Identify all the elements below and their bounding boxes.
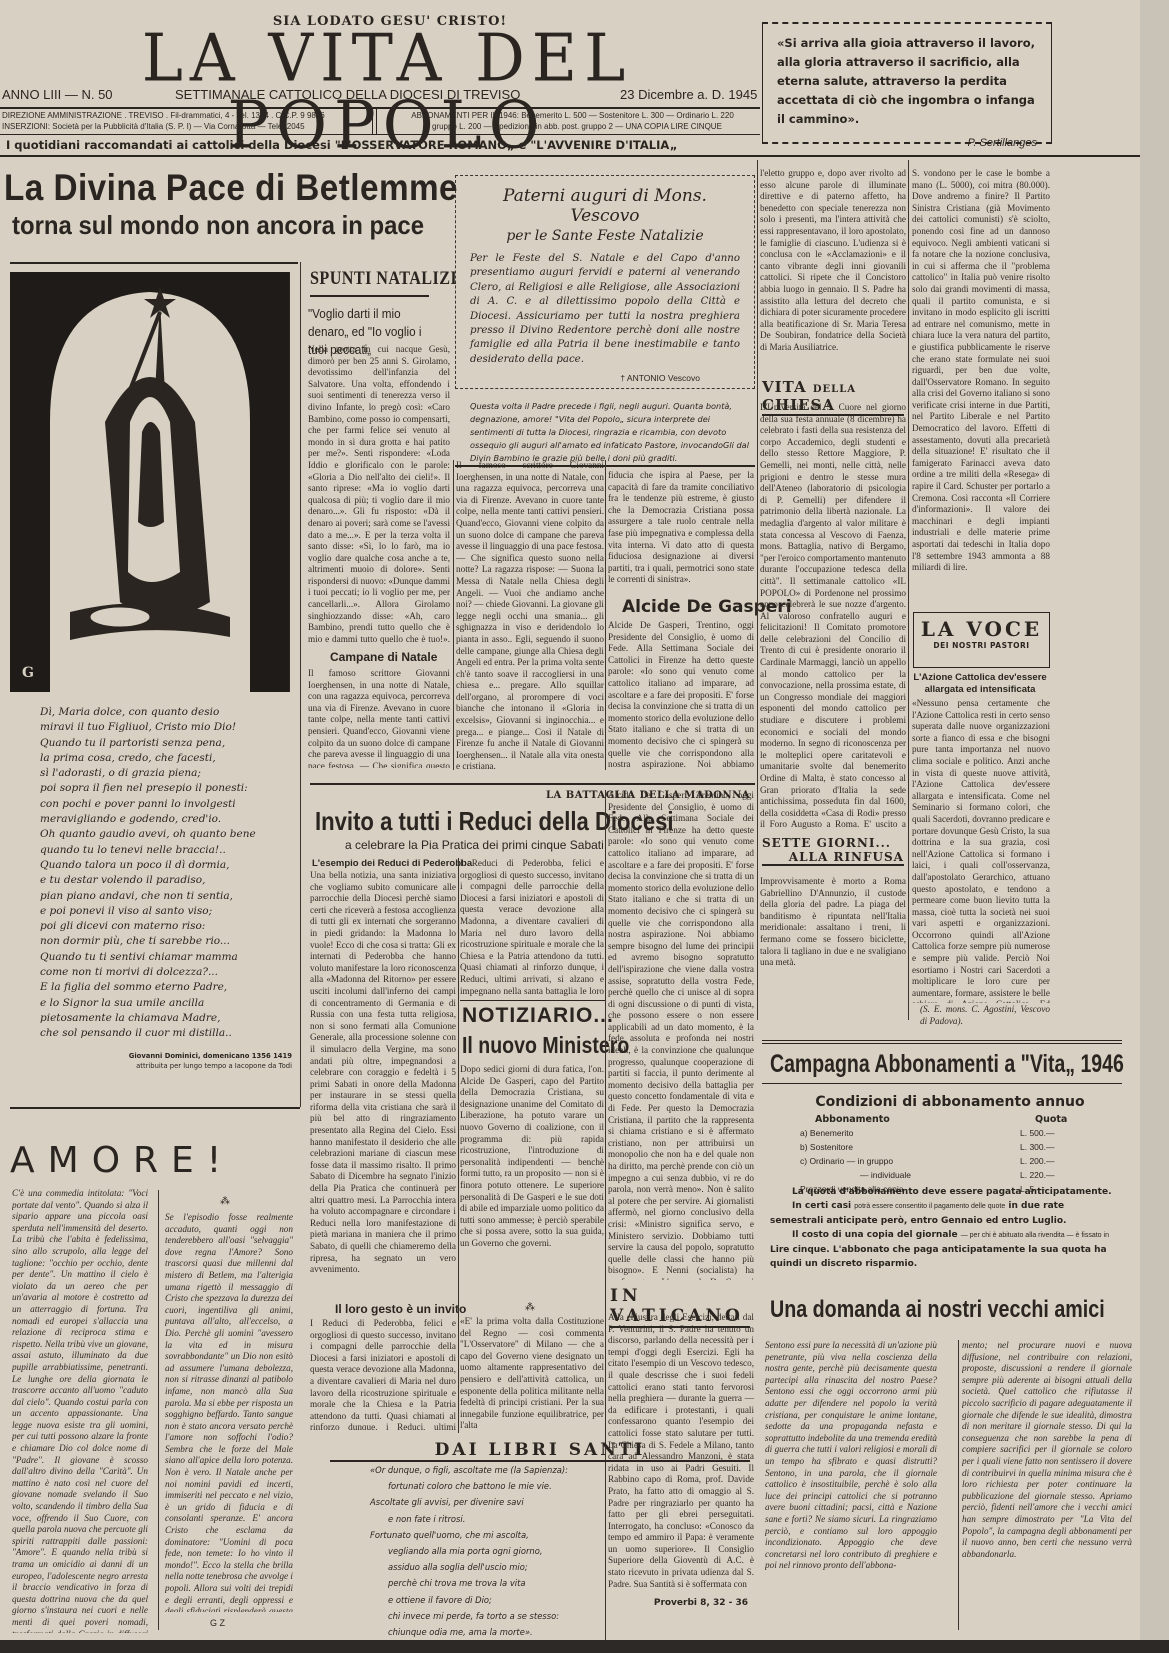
domanda-column-2: mento; nel procurare nuovi e nuova diffu… bbox=[962, 1340, 1132, 1635]
artist-monogram: G bbox=[22, 665, 34, 681]
verse-line: chiunque odia me, ama la morte». bbox=[370, 1624, 640, 1640]
campane-title: Campane di Natale bbox=[330, 650, 437, 664]
poem-line: E la figlia del sommo eterno Padre, bbox=[40, 980, 290, 995]
bishop-greetings-title: Paterni auguri di Mons. Vescovo bbox=[470, 186, 740, 226]
poem-attribution: attribuita per lungo tempo a Iacopone da… bbox=[112, 1061, 292, 1071]
nativity-illustration: G bbox=[10, 272, 290, 692]
note-copy-price-light: — per chi è abituato alla rivendita — è … bbox=[961, 1232, 1109, 1239]
poem-line: Dì, Maria dolce, con quanto desio bbox=[40, 705, 290, 720]
poem-line: come non ti morivi di dolcezza?... bbox=[40, 965, 290, 980]
column-header: Quota bbox=[1020, 1114, 1100, 1125]
poem-line: e poi ponevi il viso al santo viso; bbox=[40, 904, 290, 919]
quote-author: P. Sertillanges bbox=[777, 137, 1037, 149]
newspaper-page: SIA LODATO GESU' CRISTO! LA VITA DEL POP… bbox=[0, 0, 1140, 1653]
poem-line: miravi il tuo Figliuol, Cristo mio Dio! bbox=[40, 720, 290, 735]
bishop-greetings-box: Paterni auguri di Mons. Vescovo per le S… bbox=[455, 175, 755, 389]
campane-continued: Il famoso scrittore Giovanni Ioerghensen… bbox=[456, 460, 604, 770]
gesto-title: Il loro gesto è un invito bbox=[335, 1302, 466, 1316]
gesto-body: I Reduci di Pederobba, felici e orgoglio… bbox=[310, 1318, 456, 1430]
sette-giorni-title: SETTE GIORNI... ALLA RINFUSA bbox=[762, 836, 904, 866]
amore-column-1: C'è una commedia intitolata: "Voci porta… bbox=[12, 1188, 148, 1633]
table-row: b) Sostenitore L. 300.— bbox=[800, 1140, 1100, 1154]
poem-line: con pochi e pover panni lo involgesti bbox=[40, 797, 290, 812]
vita-chiesa-body: L'Università del S. Cuore nel giorno del… bbox=[760, 402, 906, 832]
table-row: c) Ordinario — in gruppo L. 200.— bbox=[800, 1154, 1100, 1168]
verse-line: «Or dunque, o figli, ascoltate me (la Sa… bbox=[370, 1462, 640, 1478]
page-edge bbox=[1140, 0, 1169, 1653]
bishop-signature: † ANTONIO Vescovo bbox=[470, 373, 740, 383]
page-bottom-edge bbox=[0, 1640, 1169, 1653]
dc-article-text: fiducia che ispira al Paese, per la capa… bbox=[608, 470, 754, 590]
note-copy-price-end: Lire cinque. L'abbonato che paga anticip… bbox=[770, 1245, 1107, 1269]
row-value: L. 200.— bbox=[1020, 1156, 1100, 1166]
subscription-info: ABBONAMENTI PER IL 1946: Benemerito L. 5… bbox=[385, 110, 760, 132]
verse-line: Ascoltate gli avvisi, per divenire savi bbox=[370, 1494, 640, 1510]
poem-line: poi gli dicevi con materno riso: bbox=[40, 919, 290, 934]
amore-headline: AMORE! bbox=[10, 1140, 295, 1181]
poem-line: sì l'adorasti, o di grazia piena; bbox=[40, 766, 290, 781]
amore-signature: G Z bbox=[210, 1618, 225, 1628]
vaticano-body: Alla chiusura degli Esercizi, dettati da… bbox=[608, 1312, 754, 1630]
row-label: — individuale bbox=[800, 1170, 1020, 1180]
madonna-child-icon: G bbox=[10, 272, 290, 692]
verse-line: perchè chi trova me trova la vita bbox=[370, 1575, 640, 1591]
voce-credit: (S. E. mons. C. Agostini, Vescovo di Pad… bbox=[920, 1004, 1050, 1027]
ministero-body-2: «E' la prima volta dalla Costituzione de… bbox=[460, 1316, 604, 1430]
row-label: b) Sostenitore bbox=[800, 1142, 1020, 1152]
conditions-title: Condizioni di abbonamento annuo bbox=[770, 1094, 1130, 1110]
poem-line: Quando tu il partoristi senza pena, bbox=[40, 736, 290, 751]
recommended-papers: I quotidiani raccomandati ai cattolici d… bbox=[6, 138, 766, 152]
note-copy-price-bold: Il costo di una copia del giornale bbox=[792, 1230, 958, 1240]
ads-line: INSERZIONI: Società per la Pubblicità d'… bbox=[2, 121, 382, 132]
pederobba-title: L'esempio dei Reduci di Pederobba bbox=[312, 858, 472, 869]
note-installments-light: potrà essere consentito il pagamento del… bbox=[854, 1203, 1005, 1210]
verse-line: e non fate i ritrosi. bbox=[370, 1511, 640, 1527]
table-row: a) Benemerito L. 500.— bbox=[800, 1126, 1100, 1140]
poem-line: non dormir più, che ti sarebbe rio... bbox=[40, 934, 290, 949]
poem-line: e lo Signor la sua umile ancilla bbox=[40, 996, 290, 1011]
admin-line: DIREZIONE AMMINISTRAZIONE . TREVISO . Fi… bbox=[2, 110, 382, 121]
verse-line: fortunati coloro che battono le mie vie. bbox=[370, 1478, 640, 1494]
row-value: L. 500.— bbox=[1020, 1128, 1100, 1138]
la-voce-subtitle: DEI NOSTRI PASTORI bbox=[914, 641, 1049, 650]
vita-chiesa-title-word: VITA bbox=[762, 378, 807, 396]
row-value: L. 220.— bbox=[1020, 1170, 1100, 1180]
sette-giorni-title-text: SETTE GIORNI... bbox=[762, 836, 904, 850]
sette-giorni-body: Improvvisamente è morto a Roma Gabrielli… bbox=[760, 876, 906, 1026]
vita-chiesa-title-small: DELLA bbox=[813, 384, 856, 395]
asterism-icon: ⁂ bbox=[525, 1302, 535, 1313]
campagna-headline: Campagna Abbonamenti a "Vita„ 1946 bbox=[770, 1050, 1051, 1079]
poem-line: che sol pensando il cuor mi distilla.. bbox=[40, 1026, 290, 1041]
campane-body: Il famoso scrittore Giovanni Ioerghensen… bbox=[308, 668, 450, 768]
poem-line: Quando talora un poco il dì dormia, bbox=[40, 858, 290, 873]
poem-author: Giovanni Dominici, domenicano 1356 1419 bbox=[112, 1051, 292, 1061]
poem-line: e tu destar volendo il paradiso, bbox=[40, 873, 290, 888]
column-header: Abbonamento bbox=[800, 1114, 1020, 1125]
bishop-greetings-note: Questa volta il Padre precede i figli, n… bbox=[470, 400, 755, 465]
poem-line: Quando tu ti sentivi chiamar mamma bbox=[40, 950, 290, 965]
issue-date: 23 Dicembre a. D. 1945 bbox=[620, 87, 757, 102]
domanda-headline: Una domanda ai nostri vecchi amici bbox=[770, 1296, 1073, 1324]
spunti-title: SPUNTI NATALIZI bbox=[310, 268, 429, 297]
masthead-subline: ANNO LIII — N. 50 SETTIMANALE CATTOLICO … bbox=[0, 87, 760, 103]
note-installments-bold: In certi casi bbox=[792, 1201, 851, 1211]
poem-line: pietosamente la chiamava Madre, bbox=[40, 1011, 290, 1026]
subscription-table: Abbonamento Quota a) Benemerito L. 500.—… bbox=[800, 1112, 1100, 1196]
bishop-greetings-subtitle: per le Sante Feste Natalizie bbox=[470, 226, 740, 246]
lead-subheadline: torna sul mondo non ancora in pace bbox=[12, 210, 426, 240]
verse-line: Fortunato quell'uomo, che mi ascolta, bbox=[370, 1527, 640, 1543]
spunti-body: Nella grotta in cui nacque Gesù, dimorò … bbox=[308, 344, 450, 644]
issue-number: ANNO LIII — N. 50 bbox=[2, 87, 113, 102]
admin-info: DIREZIONE AMMINISTRAZIONE . TREVISO . Fi… bbox=[2, 110, 382, 132]
sette-giorni-continued: S. vondono per le case le bombe a mano (… bbox=[912, 168, 1050, 606]
lead-headline: La Divina Pace di Betlemme bbox=[4, 168, 409, 208]
verse-line: assiduo alla soglia dell'uscio mio; bbox=[370, 1559, 640, 1575]
poem-line: poi sopra il fien nel presepio il ponest… bbox=[40, 781, 290, 796]
libri-santi-verses: «Or dunque, o figli, ascoltate me (la Sa… bbox=[370, 1462, 640, 1640]
vatican-news-text: l'eletto gruppo e, dopo aver rivolto ad … bbox=[760, 168, 906, 368]
la-voce-box: LA VOCE DEI NOSTRI PASTORI bbox=[913, 612, 1050, 668]
amore-column-2: Se l'episodio fosse realmente accaduto, … bbox=[165, 1212, 293, 1612]
note-prepay: La quota d'abbonamento deve essere pagat… bbox=[770, 1185, 1120, 1199]
sette-giorni-subtitle: ALLA RINFUSA bbox=[762, 850, 904, 864]
verse-line: chi invece mi perde, fa torto a se stess… bbox=[370, 1608, 640, 1624]
azione-cattolica-headline: L'Azione Cattolica dev'essere allargata … bbox=[910, 672, 1050, 696]
gesto-continued: I Reduci di Pederobba, felici e orgoglio… bbox=[460, 858, 604, 998]
poem-line: pian piano andavi, che non ti sentia, bbox=[40, 889, 290, 904]
asterism-icon: ⁂ bbox=[220, 1196, 230, 1207]
table-row: — individuale L. 220.— bbox=[800, 1168, 1100, 1182]
row-value: L. 300.— bbox=[1020, 1142, 1100, 1152]
quote-box: «Si arriva alla gioia attraverso il lavo… bbox=[762, 22, 1052, 144]
battaglia-body: Una bella notizia, una santa iniziativa … bbox=[310, 870, 456, 1290]
poem-line: meravigliando e godendo, cred'io. bbox=[40, 812, 290, 827]
subs-line: In gruppo L. 200 — Spedizione in abb. po… bbox=[385, 121, 760, 132]
row-label: c) Ordinario — in gruppo bbox=[800, 1156, 1020, 1166]
masthead-subtitle: SETTIMANALE CATTOLICO DELLA DIOCESI DI T… bbox=[175, 87, 520, 102]
subs-line: ABBONAMENTI PER IL 1946: Benemerito L. 5… bbox=[385, 110, 760, 121]
quote-text: «Si arriva alla gioia attraverso il lavo… bbox=[777, 34, 1037, 129]
bishop-greetings-text: Per le Feste del S. Natale e del Capo d'… bbox=[470, 252, 740, 367]
poem-line: la prima cosa, credo, che facesti, bbox=[40, 751, 290, 766]
table-header: Abbonamento Quota bbox=[800, 1112, 1100, 1126]
ministero-body: Dopo sedici giorni di dura fatica, l'on.… bbox=[460, 1064, 604, 1299]
de-gasperi-continued: Alcide De Gasperi, Trentino, oggi Presid… bbox=[608, 790, 754, 1280]
subscription-notes: La quota d'abbonamento deve essere pagat… bbox=[770, 1185, 1120, 1271]
nativity-poem: Dì, Maria dolce, con quanto desio miravi… bbox=[40, 705, 290, 1042]
de-gasperi-body: Alcide De Gasperi, Trentino, oggi Presid… bbox=[608, 620, 754, 770]
la-voce-title: LA VOCE bbox=[914, 617, 1049, 641]
poem-credit: Giovanni Dominici, domenicano 1356 1419 … bbox=[112, 1051, 292, 1071]
azione-cattolica-body: «Nessuno pensa certamente che l'Azione C… bbox=[912, 698, 1050, 1003]
domanda-column-1: Sentono essi pure la necessità di un'azi… bbox=[765, 1340, 937, 1635]
poem-line: quando tu lo tenevi nelle braccia!.. bbox=[40, 843, 290, 858]
row-label: a) Benemerito bbox=[800, 1128, 1020, 1138]
verse-line: vegliando alla mia porta ogni giorno, bbox=[370, 1543, 640, 1559]
poem-line: Oh quanto gaudio avevi, oh quanto bene bbox=[40, 827, 290, 842]
